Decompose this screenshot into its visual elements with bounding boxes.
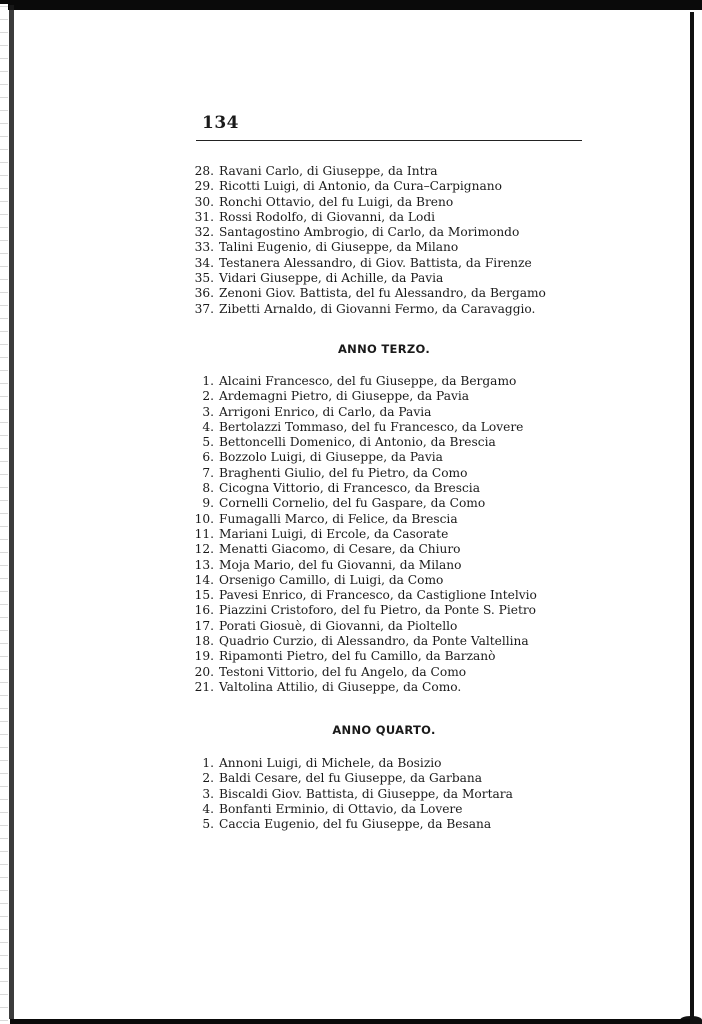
item-number: 14. (190, 573, 214, 588)
list-item: 11.Mariani Luigi, di Ercole, da Casorate (190, 527, 537, 542)
list-item: 4.Bertolazzi Tommaso, del fu Francesco, … (190, 420, 537, 435)
page-left-edge (9, 5, 14, 1019)
list-item: 3.Biscaldi Giov. Battista, di Giuseppe, … (190, 787, 513, 802)
anno-quarto-list: 1.Annoni Luigi, di Michele, da Bosizio2.… (190, 756, 513, 832)
item-number: 10. (190, 512, 214, 527)
page-number: 134 (202, 113, 239, 133)
item-text: Orsenigo Camillo, di Luigi, da Como (219, 573, 443, 587)
item-number: 16. (190, 603, 214, 618)
item-number: 8. (190, 481, 214, 496)
list-item: 2.Ardemagni Pietro, di Giuseppe, da Pavi… (190, 389, 537, 404)
item-text: Ronchi Ottavio, del fu Luigi, da Breno (219, 195, 453, 209)
list-item: 18.Quadrio Curzio, di Alessandro, da Pon… (190, 634, 537, 649)
item-number: 21. (190, 680, 214, 695)
item-number: 4. (190, 802, 214, 817)
item-number: 30. (190, 195, 214, 210)
list-item: 20.Testoni Vittorio, del fu Angelo, da C… (190, 665, 537, 680)
list-item: 3.Arrigoni Enrico, di Carlo, da Pavia (190, 405, 537, 420)
item-number: 1. (190, 756, 214, 771)
list-item: 21.Valtolina Attilio, di Giuseppe, da Co… (190, 680, 537, 695)
item-number: 33. (190, 240, 214, 255)
item-number: 20. (190, 665, 214, 680)
item-text: Cornelli Cornelio, del fu Gaspare, da Co… (219, 496, 485, 510)
item-number: 13. (190, 558, 214, 573)
item-text: Testoni Vittorio, del fu Angelo, da Como (219, 665, 466, 679)
list-item: 30.Ronchi Ottavio, del fu Luigi, da Bren… (190, 195, 546, 210)
item-number: 29. (190, 179, 214, 194)
item-text: Ravani Carlo, di Giuseppe, da Intra (219, 164, 438, 178)
scan-top-border-left (0, 0, 60, 4)
list-item: 33.Talini Eugenio, di Giuseppe, da Milan… (190, 240, 546, 255)
item-number: 31. (190, 210, 214, 225)
scan-margin-noise (0, 0, 8, 1024)
item-text: Alcaini Francesco, del fu Giuseppe, da B… (219, 374, 516, 388)
item-text: Mariani Luigi, di Ercole, da Casorate (219, 527, 448, 541)
item-text: Bozzolo Luigi, di Giuseppe, da Pavia (219, 450, 443, 464)
list-item: 14.Orsenigo Camillo, di Luigi, da Como (190, 573, 537, 588)
item-text: Menatti Giacomo, di Cesare, da Chiuro (219, 542, 461, 556)
header-rule (196, 140, 582, 141)
item-text: Zenoni Giov. Battista, del fu Alessandro… (219, 286, 546, 300)
list-item: 34.Testanera Alessandro, di Giov. Battis… (190, 256, 546, 271)
anno-terzo-list: 1.Alcaini Francesco, del fu Giuseppe, da… (190, 374, 537, 695)
scan-bottom-border (10, 1019, 690, 1024)
page-right-edge (690, 12, 694, 1022)
list-item: 9.Cornelli Cornelio, del fu Gaspare, da … (190, 496, 537, 511)
list-item: 4.Bonfanti Erminio, di Ottavio, da Lover… (190, 802, 513, 817)
item-text: Cicogna Vittorio, di Francesco, da Bresc… (219, 481, 480, 495)
list-item: 1.Alcaini Francesco, del fu Giuseppe, da… (190, 374, 537, 389)
item-text: Vidari Giuseppe, di Achille, da Pavia (219, 271, 443, 285)
item-text: Moja Mario, del fu Giovanni, da Milano (219, 558, 461, 572)
list-item: 10.Fumagalli Marco, di Felice, da Bresci… (190, 512, 537, 527)
item-text: Bonfanti Erminio, di Ottavio, da Lovere (219, 802, 462, 816)
section-heading-anno-terzo: ANNO TERZO. (33, 342, 702, 356)
list-item: 2.Baldi Cesare, del fu Giuseppe, da Garb… (190, 771, 513, 786)
item-number: 28. (190, 164, 214, 179)
item-number: 4. (190, 420, 214, 435)
item-text: Porati Giosuè, di Giovanni, da Pioltello (219, 619, 457, 633)
item-text: Valtolina Attilio, di Giuseppe, da Como. (219, 680, 461, 694)
item-number: 37. (190, 302, 214, 317)
item-text: Ricotti Luigi, di Antonio, da Cura–Carpi… (219, 179, 502, 193)
item-text: Piazzini Cristoforo, del fu Pietro, da P… (219, 603, 536, 617)
list-item: 17.Porati Giosuè, di Giovanni, da Piolte… (190, 619, 537, 634)
continued-list: 28.Ravani Carlo, di Giuseppe, da Intra29… (190, 164, 546, 317)
item-number: 7. (190, 466, 214, 481)
item-number: 36. (190, 286, 214, 301)
item-text: Testanera Alessandro, di Giov. Battista,… (219, 256, 532, 270)
item-text: Braghenti Giulio, del fu Pietro, da Como (219, 466, 467, 480)
list-item: 13.Moja Mario, del fu Giovanni, da Milan… (190, 558, 537, 573)
item-text: Bettoncelli Domenico, di Antonio, da Bre… (219, 435, 496, 449)
scan-top-border (8, 0, 702, 10)
item-text: Talini Eugenio, di Giuseppe, da Milano (219, 240, 458, 254)
item-text: Fumagalli Marco, di Felice, da Brescia (219, 512, 458, 526)
item-text: Ripamonti Pietro, del fu Camillo, da Bar… (219, 649, 496, 663)
item-text: Santagostino Ambrogio, di Carlo, da Mori… (219, 225, 519, 239)
item-number: 15. (190, 588, 214, 603)
item-number: 2. (190, 771, 214, 786)
list-item: 36.Zenoni Giov. Battista, del fu Alessan… (190, 286, 546, 301)
item-text: Biscaldi Giov. Battista, di Giuseppe, da… (219, 787, 513, 801)
list-item: 28.Ravani Carlo, di Giuseppe, da Intra (190, 164, 546, 179)
item-text: Baldi Cesare, del fu Giuseppe, da Garban… (219, 771, 482, 785)
item-number: 1. (190, 374, 214, 389)
list-item: 16.Piazzini Cristoforo, del fu Pietro, d… (190, 603, 537, 618)
item-number: 5. (190, 817, 214, 832)
item-number: 19. (190, 649, 214, 664)
list-item: 19.Ripamonti Pietro, del fu Camillo, da … (190, 649, 537, 664)
item-number: 3. (190, 405, 214, 420)
item-number: 11. (190, 527, 214, 542)
item-number: 35. (190, 271, 214, 286)
item-text: Caccia Eugenio, del fu Giuseppe, da Besa… (219, 817, 491, 831)
list-item: 12.Menatti Giacomo, di Cesare, da Chiuro (190, 542, 537, 557)
list-item: 37.Zibetti Arnaldo, di Giovanni Fermo, d… (190, 302, 546, 317)
item-number: 6. (190, 450, 214, 465)
item-number: 5. (190, 435, 214, 450)
item-text: Annoni Luigi, di Michele, da Bosizio (219, 756, 442, 770)
list-item: 15.Pavesi Enrico, di Francesco, da Casti… (190, 588, 537, 603)
list-item: 1.Annoni Luigi, di Michele, da Bosizio (190, 756, 513, 771)
item-text: Rossi Rodolfo, di Giovanni, da Lodi (219, 210, 435, 224)
item-number: 18. (190, 634, 214, 649)
item-number: 32. (190, 225, 214, 240)
list-item: 7.Braghenti Giulio, del fu Pietro, da Co… (190, 466, 537, 481)
list-item: 6.Bozzolo Luigi, di Giuseppe, da Pavia (190, 450, 537, 465)
section-heading-anno-quarto: ANNO QUARTO. (33, 723, 702, 737)
item-number: 3. (190, 787, 214, 802)
list-item: 31.Rossi Rodolfo, di Giovanni, da Lodi (190, 210, 546, 225)
item-text: Arrigoni Enrico, di Carlo, da Pavia (219, 405, 431, 419)
list-item: 8.Cicogna Vittorio, di Francesco, da Bre… (190, 481, 537, 496)
list-item: 35.Vidari Giuseppe, di Achille, da Pavia (190, 271, 546, 286)
item-number: 17. (190, 619, 214, 634)
item-number: 12. (190, 542, 214, 557)
item-number: 34. (190, 256, 214, 271)
list-item: 32.Santagostino Ambrogio, di Carlo, da M… (190, 225, 546, 240)
item-text: Zibetti Arnaldo, di Giovanni Fermo, da C… (219, 302, 535, 316)
item-number: 9. (190, 496, 214, 511)
item-number: 2. (190, 389, 214, 404)
list-item: 5.Bettoncelli Domenico, di Antonio, da B… (190, 435, 537, 450)
item-text: Pavesi Enrico, di Francesco, da Castigli… (219, 588, 537, 602)
item-text: Quadrio Curzio, di Alessandro, da Ponte … (219, 634, 529, 648)
list-item: 29.Ricotti Luigi, di Antonio, da Cura–Ca… (190, 179, 546, 194)
item-text: Bertolazzi Tommaso, del fu Francesco, da… (219, 420, 523, 434)
list-item: 5.Caccia Eugenio, del fu Giuseppe, da Be… (190, 817, 513, 832)
item-text: Ardemagni Pietro, di Giuseppe, da Pavia (219, 389, 469, 403)
